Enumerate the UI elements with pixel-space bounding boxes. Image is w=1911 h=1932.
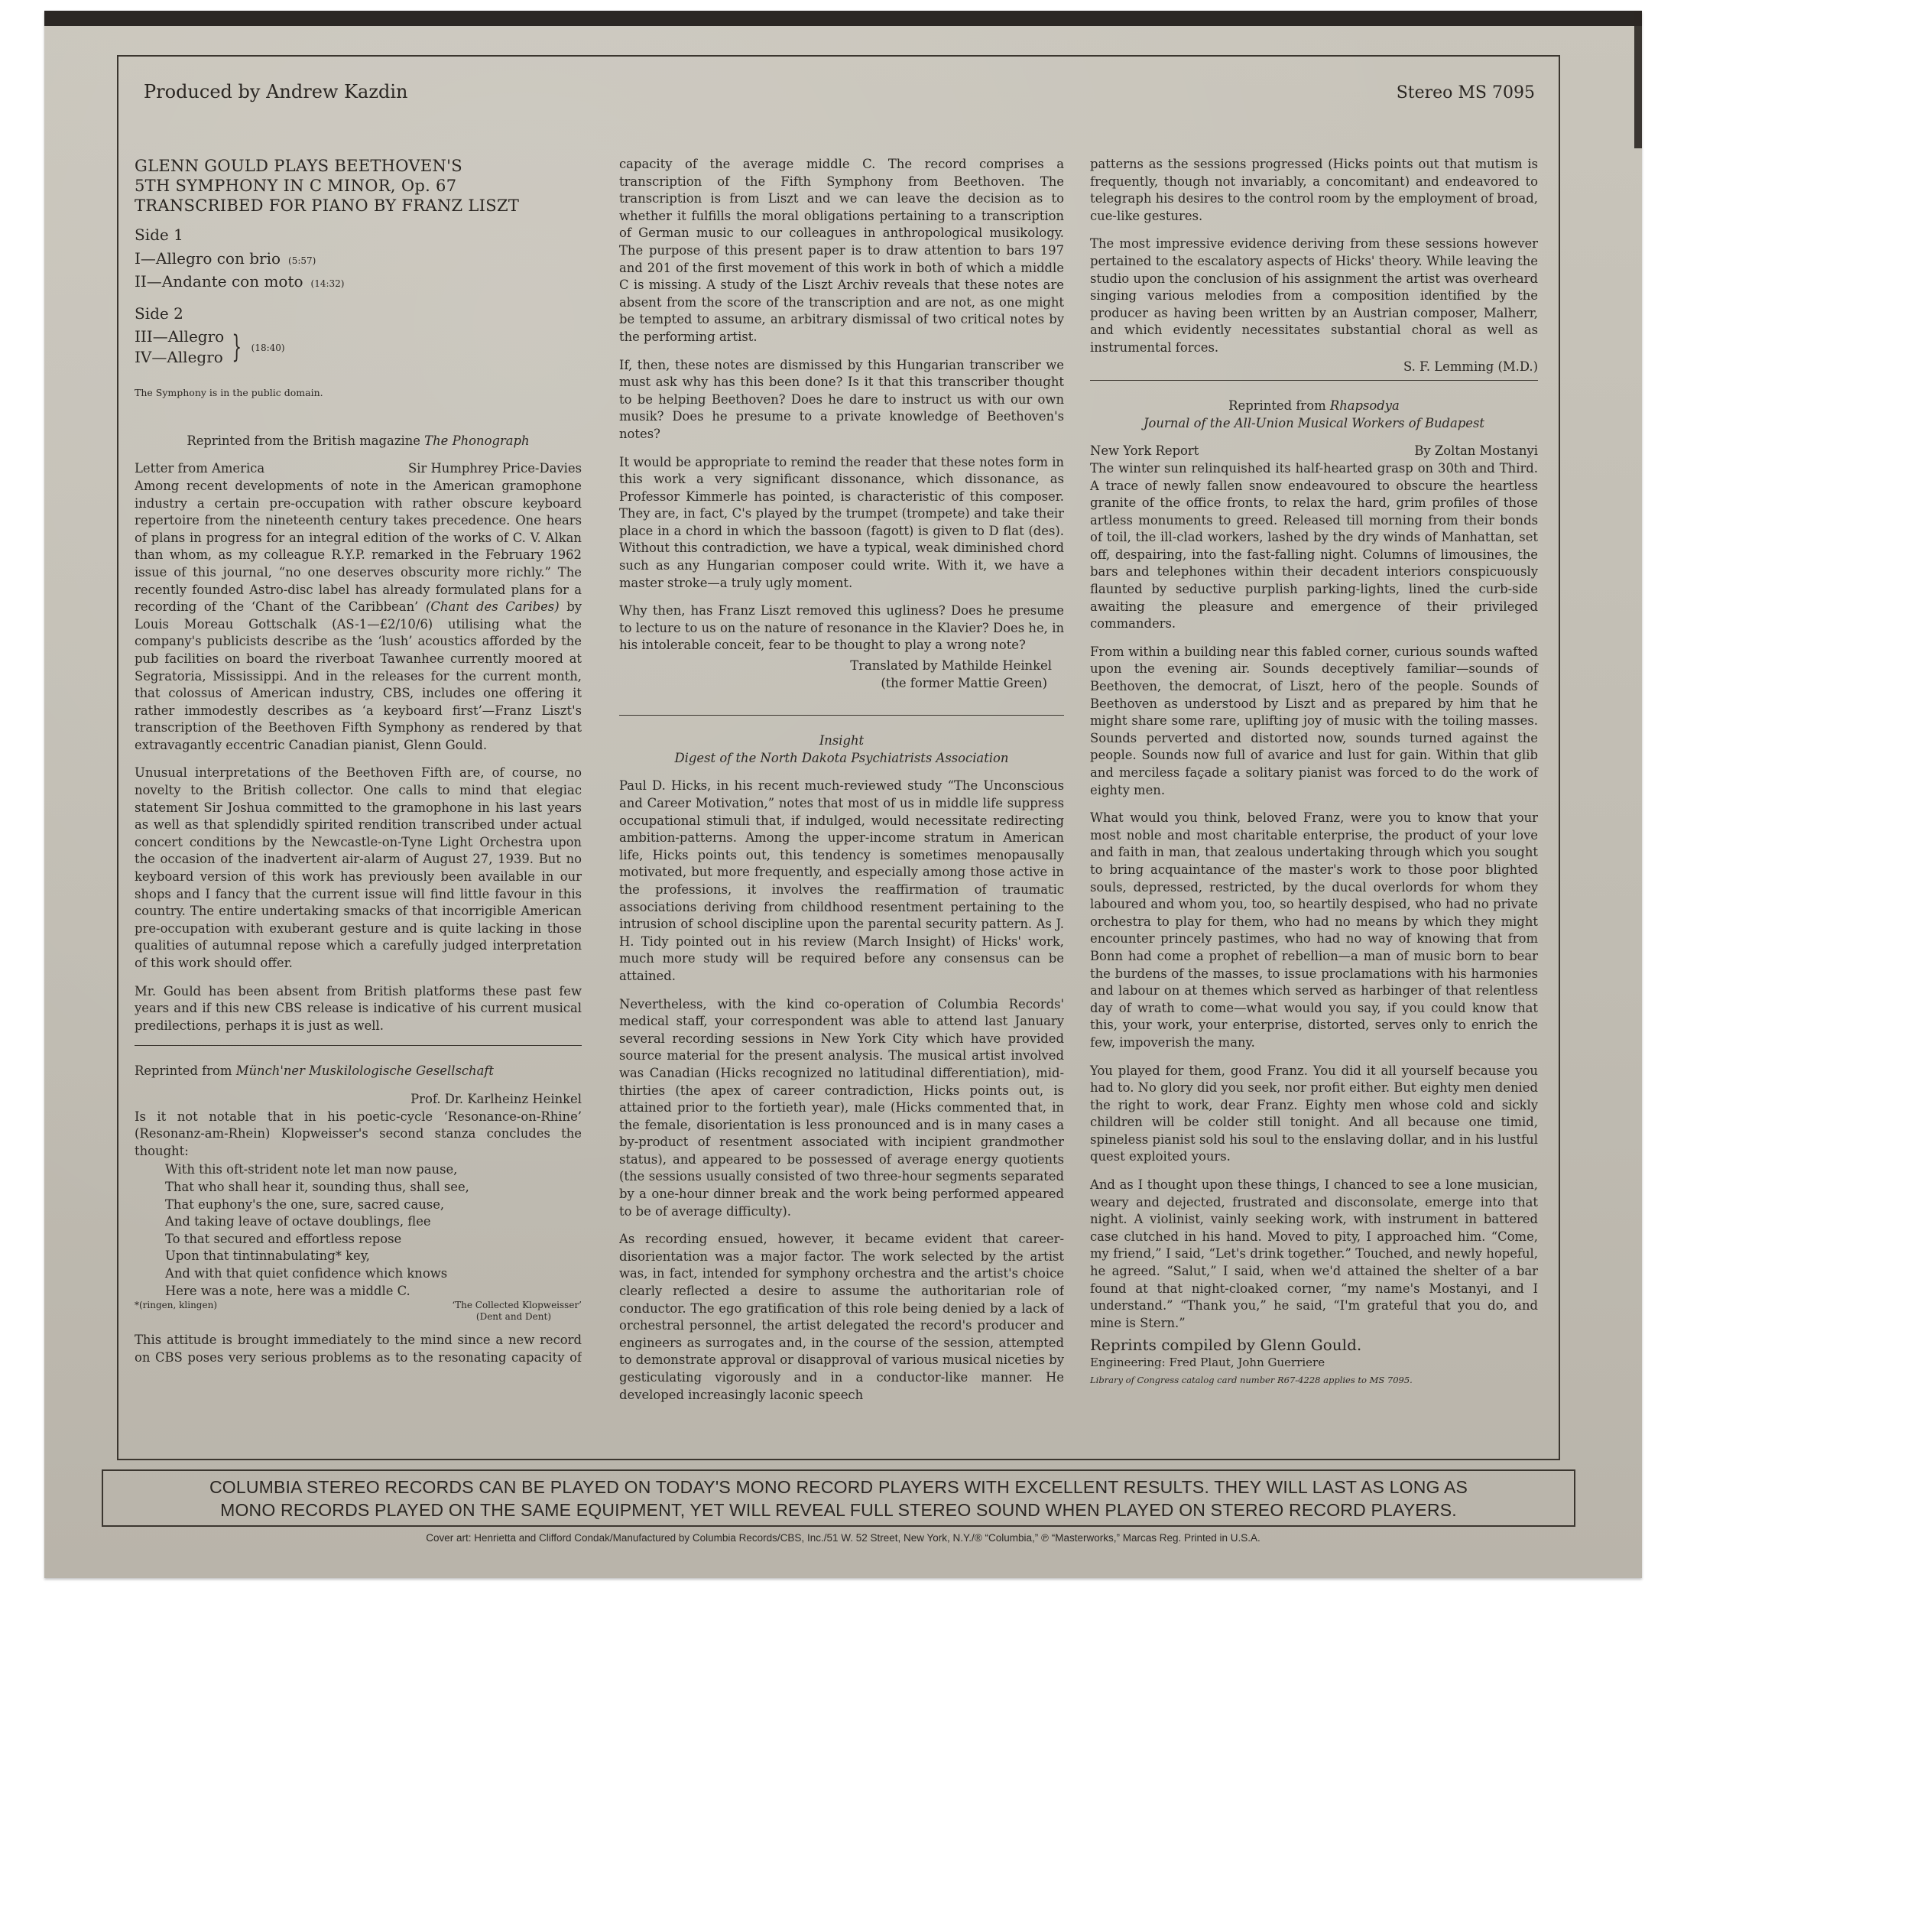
munchner-author: Prof. Dr. Karlheinz Heinkel — [135, 1091, 582, 1109]
phonograph-paragraph: Among recent developments of note in the… — [135, 478, 582, 755]
column-1: GLENN GOULD PLAYS BEETHOVEN'S 5TH SYMPHO… — [135, 156, 582, 1377]
munchner-source: Reprinted from Münch'ner Muskilologische… — [135, 1063, 582, 1080]
rhapsodya-paragraph: What would you think, beloved Franz, wer… — [1090, 810, 1538, 1051]
section-divider — [135, 1045, 582, 1046]
section-divider — [1090, 380, 1538, 381]
poem-citation: *(ringen, klingen) ‘The Collected Klopwe… — [135, 1300, 582, 1323]
brace-icon: } — [232, 332, 242, 362]
album-title: GLENN GOULD PLAYS BEETHOVEN'S 5TH SYMPHO… — [135, 156, 582, 216]
munchner-paragraph: This attitude is brought immediately to … — [135, 1332, 582, 1366]
compiled-by-credit: Reprints compiled by Glenn Gould. — [1090, 1336, 1538, 1354]
rhapsodya-byline: New York Report By Zoltan Mostanyi — [1090, 443, 1538, 460]
insight-paragraph: The most impressive evidence deriving fr… — [1090, 235, 1538, 356]
library-of-congress-note: Library of Congress catalog card number … — [1090, 1372, 1538, 1389]
column-3: patterns as the sessions progressed (Hic… — [1090, 156, 1538, 1388]
side-2-tracks: III—Allegro IV—Allegro } (18:40) — [135, 326, 582, 368]
public-domain-note: The Symphony is in the public domain. — [135, 385, 582, 402]
section-divider — [619, 715, 1064, 716]
sleeve-top-edge — [44, 11, 1642, 26]
track-duration: (5:57) — [288, 255, 316, 266]
phonograph-paragraph: Mr. Gould has been absent from British p… — [135, 983, 582, 1035]
track-list-item: I—Allegro con brio(5:57) — [135, 248, 582, 271]
catalog-number: Stereo MS 7095 — [1397, 83, 1535, 102]
munchner-paragraph: Is it not notable that in his poetic-cyc… — [135, 1109, 582, 1161]
track-list-item: II—Andante con moto(14:32) — [135, 271, 582, 294]
insight-paragraph: As recording ensued, however, it became … — [619, 1231, 1064, 1404]
rhapsodya-paragraph: From within a building near this fabled … — [1090, 644, 1538, 799]
phonograph-byline: Letter from America Sir Humphrey Price-D… — [135, 460, 582, 478]
insight-paragraph: Paul D. Hicks, in his recent much-review… — [619, 778, 1064, 985]
engineering-credit: Engineering: Fred Plaut, John Guerriere — [1090, 1354, 1538, 1372]
sleeve-right-edge — [1634, 11, 1642, 148]
poem: With this oft-strident note let man now … — [135, 1161, 582, 1300]
side-2-label: Side 2 — [135, 305, 582, 323]
rhapsodya-paragraph: And as I thought upon these things, I ch… — [1090, 1177, 1538, 1332]
munchner-paragraph: It would be appropriate to remind the re… — [619, 454, 1064, 593]
track-duration: (18:40) — [251, 343, 285, 353]
stereo-compatibility-banner: COLUMBIA STEREO RECORDS CAN BE PLAYED ON… — [102, 1469, 1575, 1527]
munchner-paragraph: Why then, has Franz Liszt removed this u… — [619, 602, 1064, 654]
column-2: capacity of the average middle C. The re… — [619, 156, 1064, 1414]
munchner-paragraph: If, then, these notes are dismissed by t… — [619, 357, 1064, 443]
producer-credit: Produced by Andrew Kazdin — [144, 81, 407, 102]
rhapsodya-paragraph: The winter sun relinquished its half-hea… — [1090, 460, 1538, 633]
manufacturer-footer: Cover art: Henrietta and Clifford Condak… — [44, 1532, 1642, 1544]
munchner-paragraph-continued: capacity of the average middle C. The re… — [619, 156, 1064, 346]
rhapsodya-paragraph: You played for them, good Franz. You did… — [1090, 1063, 1538, 1167]
insight-author: S. F. Lemming (M.D.) — [1090, 359, 1538, 376]
insight-paragraph-continued: patterns as the sessions progressed (Hic… — [1090, 156, 1538, 225]
album-back-cover: Produced by Andrew Kazdin Stereo MS 7095… — [44, 11, 1642, 1578]
translator-credit: Translated by Mathilde Heinkel (the form… — [619, 658, 1052, 692]
track-list-item: IV—Allegro — [135, 347, 224, 368]
track-list-item: III—Allegro — [135, 326, 224, 347]
rhapsodya-source: Reprinted from Rhapsodya Journal of the … — [1090, 398, 1538, 432]
track-duration: (14:32) — [311, 278, 345, 289]
side-1-label: Side 1 — [135, 226, 582, 244]
insight-paragraph: Nevertheless, with the kind co-operation… — [619, 996, 1064, 1221]
phonograph-source: Reprinted from the British magazine The … — [135, 433, 582, 450]
phonograph-paragraph: Unusual interpretations of the Beethoven… — [135, 765, 582, 972]
insight-source: Insight Digest of the North Dakota Psych… — [619, 732, 1064, 767]
